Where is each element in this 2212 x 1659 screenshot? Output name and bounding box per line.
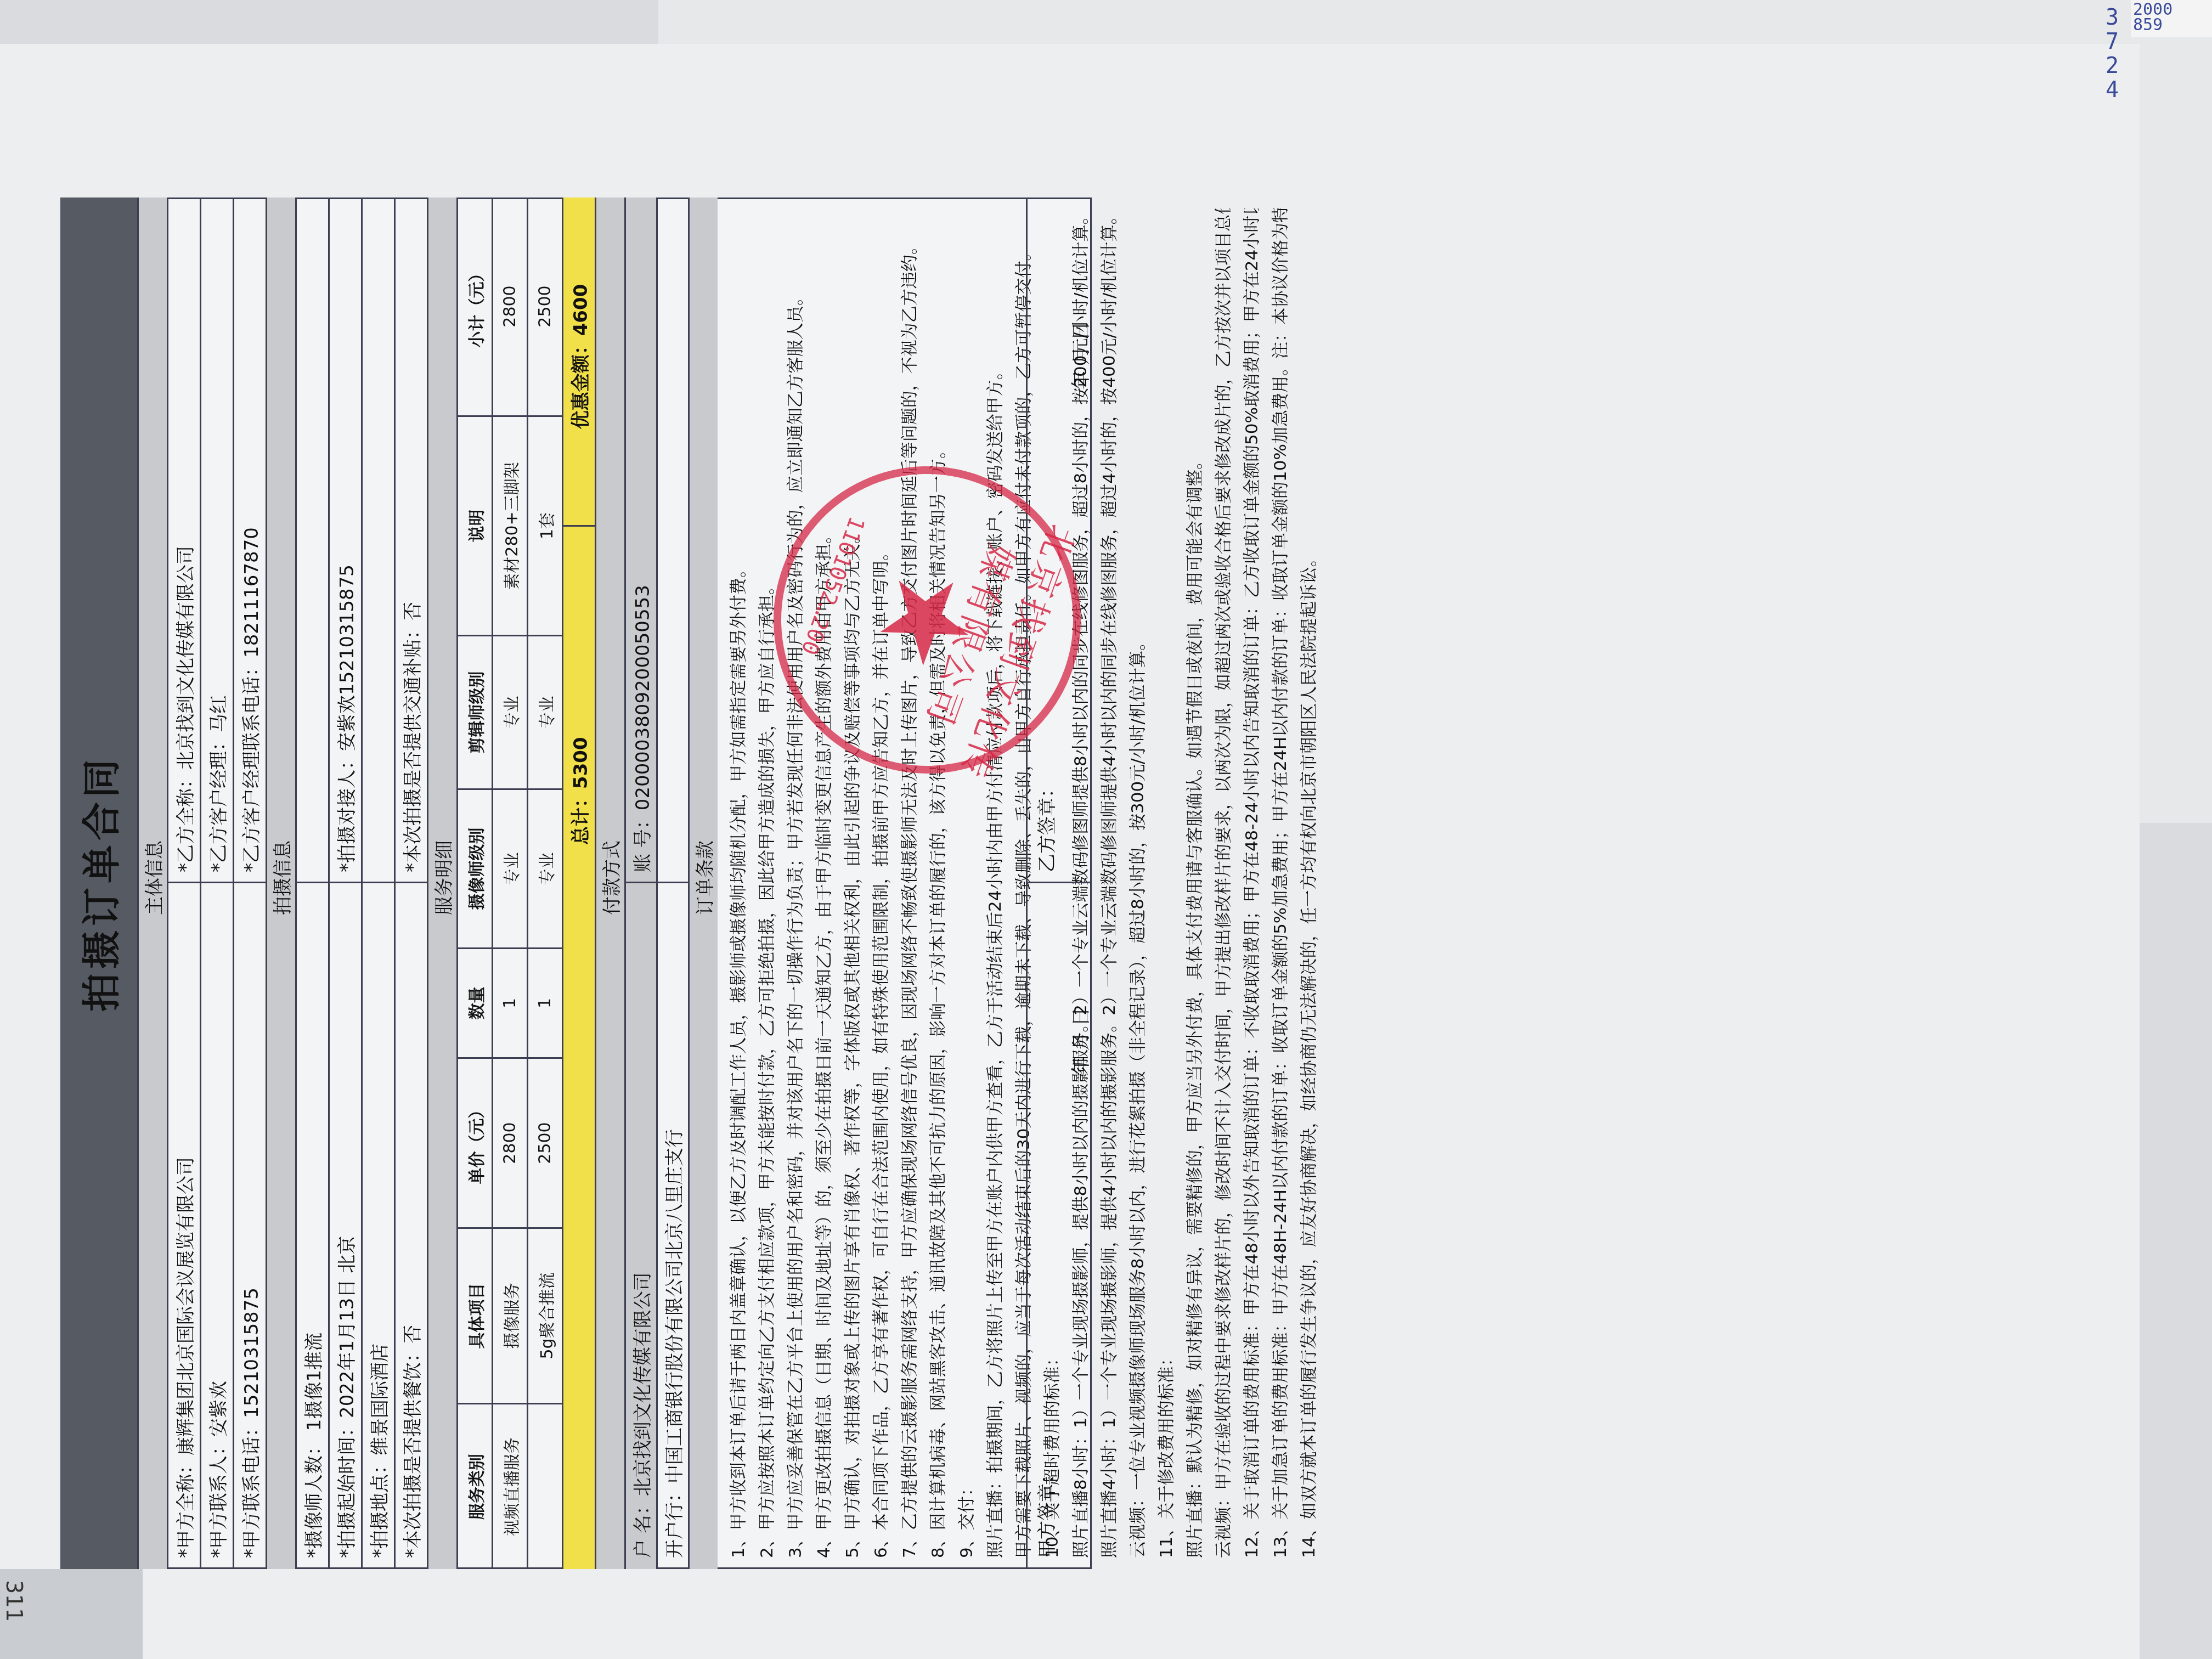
party-a-contact: *甲方联系人：安紫欢 [201, 883, 233, 1569]
table-cell: 5g聚合推流 [528, 1229, 562, 1404]
term-item: 13、关于加急订单的费用标准：甲方在48H-24H以内付款的订单：收取订单金额的… [1266, 208, 1295, 1558]
corner-paper-digits-2: 3 7 2 4 [2106, 5, 2119, 102]
table-header-cell: 剪辑师级别 [458, 636, 492, 790]
term-item: 2、甲方应按照本订单约定向乙方支付相应款项，甲方未能按时付款，乙方可拒绝拍摄，因… [753, 208, 781, 1558]
transport-subsidy: *本次拍摄是否提供交通补贴：否 [396, 198, 427, 883]
crew-count: *摄像师人数： 1摄像1推流 [297, 883, 328, 1569]
account-number: 账 号：0200003809200050553 [626, 198, 656, 883]
table-cell: 专业 [493, 636, 527, 790]
contract-document: 拍摄订单合同 主体信息 *甲方全称：康辉集团北京国际会议展览有限公司 *乙方全称… [60, 198, 1092, 1569]
party-a-name: *甲方全称：康辉集团北京国际会议展览有限公司 [168, 883, 200, 1569]
section-subject-label: 主体信息 [139, 198, 166, 1569]
party-b-manager-phone: *乙方客户经理联系电话：18211167870 [234, 198, 266, 883]
table-cell: 1 [528, 949, 562, 1059]
section-shooting: 拍摄信息 [266, 198, 295, 1569]
table-cell: 摄像服务 [493, 1229, 527, 1404]
table-cell: 视频直播服务 [493, 1404, 527, 1569]
table-header-cell: 小计（元） [458, 198, 492, 417]
table-cell: 2500 [528, 198, 562, 417]
term-item: 云视频：甲方在验收的过程中要求修改样片的，修改时间不计入交付时间，甲方提出修改样… [1209, 208, 1238, 1558]
document-title: 拍摄订单合同 [71, 755, 127, 1012]
binder-number: 311 [1, 1580, 26, 1622]
info-row: *甲方全称：康辉集团北京国际会议展览有限公司 *乙方全称：北京找到文化传媒有限公… [167, 198, 200, 1569]
table-header-cell: 摄像师级别 [458, 790, 492, 949]
party-a-signature-label: 甲方签章： [1032, 1465, 1059, 1558]
term-item: 1、甲方收到本订单后请于两日内盖章确认，以便乙方及时调配工作人员，摄影师或摄像师… [724, 208, 753, 1558]
corner-paper-digits: 2000 859 [2131, 0, 2212, 37]
section-terms: 订单条款 [688, 198, 718, 1569]
service-table-row: 视频直播服务摄像服务28001专业专业素材280+三脚架2800 [492, 198, 527, 1569]
term-item: 照片直播：拍摄期间，乙方将照片上传至甲方在账户内供甲方查看，乙方于活动结束后24… [981, 208, 1009, 1558]
table-header-cell: 说明 [458, 417, 492, 636]
term-item: 12、关于取消订单的费用标准：甲方在48小时以外告知取消的订单：不收取取消费用；… [1238, 208, 1266, 1558]
table-cell: 素材280+三脚架 [493, 417, 527, 636]
discount-amount: 优惠金额：4600 [563, 198, 595, 527]
term-item: 8、因计算机病毒、网站黑客攻击、通讯故障及其他不可抗力的原因，影响一方对本订单的… [924, 208, 952, 1558]
table-cell: 专业 [493, 790, 527, 949]
party-a-phone: *甲方联系电话：15210315875 [234, 883, 266, 1569]
term-item: 4、甲方更改拍摄信息（日期、时间及地址等）的，须至少在拍摄日前一天通知乙方，由于… [810, 208, 838, 1558]
info-row: *甲方联系人：安紫欢 *乙方客户经理：马红 [200, 198, 233, 1569]
term-item: 5、甲方确认，对拍摄对象或上传的图片享有肖像权、著作权等，字体版权或其他相关权利… [838, 208, 867, 1558]
corner-digit: 859 [2133, 18, 2210, 33]
table-cell: 1 [493, 949, 527, 1059]
table-cell: 1套 [528, 417, 562, 636]
term-item: 云视频：一位专业视频摄像师现场服务8小时以内，进行花絮拍摄（非全程记录），超过8… [1124, 208, 1152, 1558]
corner-digit: 7 [2106, 30, 2119, 54]
service-table-row: 5g聚合推流25001专业专业1套2500 [527, 198, 562, 1569]
table-cell: 专业 [528, 790, 562, 949]
corner-digit: 3 [2106, 5, 2119, 30]
info-row: *甲方联系电话：15210315875 *乙方客户经理联系电话：18211167… [233, 198, 266, 1569]
section-payment-label: 付款方式 [597, 198, 624, 1569]
shooting-row: *本次拍摄是否提供餐饮：否 *本次拍摄是否提供交通补贴：否 [394, 198, 427, 1569]
shooting-row: *摄像师人数： 1摄像1推流 [295, 198, 328, 1569]
term-item: 7、乙方提供的云摄影服务需网络支持，甲方应确保现场网络信号优良，因现场网络不畅致… [895, 208, 924, 1558]
table-cell: 专业 [528, 636, 562, 790]
table-cell [528, 1404, 562, 1569]
term-item: 3、甲方应妥善保管在乙方平台上使用的用户名和密码，并对该用户名下的一切操作行为负… [781, 208, 810, 1558]
party-b-signature-label: 乙方签章： [1032, 779, 1059, 872]
service-table-header: 服务类别具体项目单价（元）数量摄像师级别剪辑师级别说明小计（元） [456, 198, 492, 1569]
corner-digit: 2 [2106, 54, 2119, 78]
signature-row: 甲方签章： 乙方签章： 年 月 日 年 月 日 [1026, 198, 1092, 1569]
account-name: 户 名：北京找到文化传媒有限公司 [626, 883, 656, 1569]
total-amount: 总计：5300 [563, 527, 595, 856]
section-service-label: 服务明细 [429, 198, 456, 1569]
section-terms-label: 订单条款 [690, 198, 717, 1569]
shooting-start-time: *拍摄起始时间：2022年1月13日 北京 [330, 883, 361, 1569]
terms-list: 1、甲方收到本订单后请于两日内盖章确认，以便乙方及时调配工作人员，摄影师或摄像师… [719, 198, 1329, 1569]
party-b-name: *乙方全称：北京找到文化传媒有限公司 [168, 198, 200, 883]
table-header-cell: 具体项目 [458, 1229, 492, 1404]
bank-name: 开户行：中国工商银行股份有限公司北京八里庄支行 [658, 883, 688, 1569]
shooting-location: *拍摄地点：维景国际酒店 [363, 883, 394, 1569]
section-subject: 主体信息 [137, 198, 167, 1569]
table-cell: 2500 [528, 1059, 562, 1229]
term-item: 6、本合同项下作品，乙方享有著作权，可自行在合法范围内使用，如有特殊使用范围限制… [867, 208, 895, 1558]
term-item: 照片直播4小时：1）一个专业现场摄影师，提供4小时以内的摄影服务。2）一个专业云… [1095, 208, 1124, 1558]
corner-digit: 4 [2106, 78, 2119, 102]
shooting-row: *拍摄起始时间：2022年1月13日 北京 *拍摄对接人：安紫欢15210315… [328, 198, 361, 1569]
table-header-cell: 单价（元） [458, 1059, 492, 1229]
section-shooting-label: 拍摄信息 [268, 198, 295, 1569]
table-cell: 2800 [493, 198, 527, 417]
term-item: 11、关于修改费用的标准： [1152, 208, 1181, 1558]
table-header-cell: 数量 [458, 949, 492, 1059]
party-a-date: 年 月 日 [1066, 1007, 1093, 1075]
table-header-cell: 服务类别 [458, 1404, 492, 1569]
term-item: 照片直播：默认为精修，如对精修有异议，需要精修的，甲方应当另外付费，具体支付费用… [1181, 208, 1209, 1558]
payment-row: 户 名：北京找到文化传媒有限公司 账 号：0200003809200050553 [624, 198, 656, 1569]
party-b-manager: *乙方客户经理：马红 [201, 198, 233, 883]
section-service: 服务明细 [427, 198, 456, 1569]
meals-provided: *本次拍摄是否提供餐饮：否 [396, 883, 427, 1569]
section-payment: 付款方式 [595, 198, 624, 1569]
payment-row: 开户行：中国工商银行股份有限公司北京八里庄支行 [656, 198, 688, 1569]
shooting-contact: *拍摄对接人：安紫欢15210315875 [330, 198, 361, 883]
shooting-row: *拍摄地点：维景国际酒店 [361, 198, 394, 1569]
title-bar: 拍摄订单合同 [60, 198, 137, 1569]
total-row: 总计：5300 优惠金额：4600 [562, 198, 595, 1569]
term-item: 9、交付： [952, 208, 981, 1558]
table-cell: 2800 [493, 1059, 527, 1229]
party-b-date: 年 月 日 [1066, 321, 1093, 390]
term-item: 14、如双方就本订单的履行发生争议的，应友好协商解决，如经协商仍无法解决的，任一… [1295, 208, 1323, 1558]
